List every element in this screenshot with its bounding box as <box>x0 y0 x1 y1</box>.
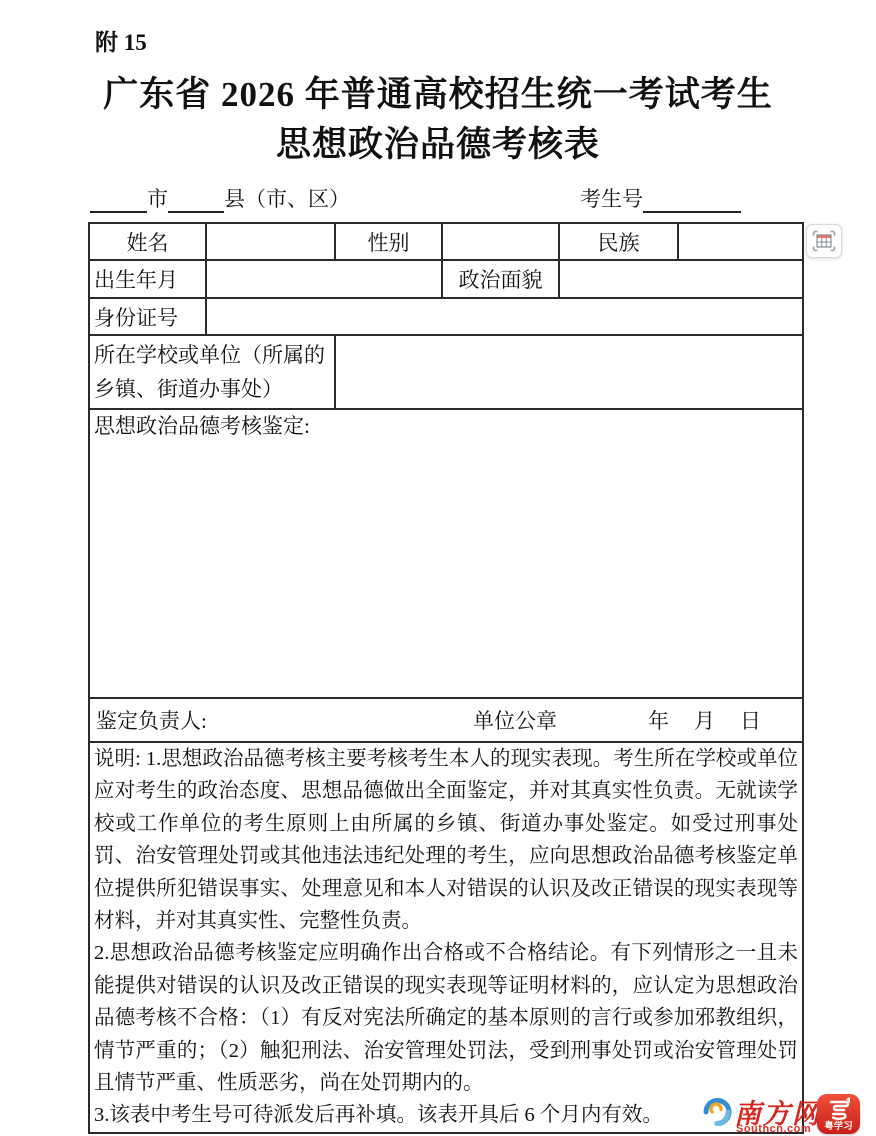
assessment-form-table: 姓名 性别 民族 出生年月 政治面貌 身份证号 所在学校或单位（所属的乡镇、街道… <box>88 222 804 1134</box>
assessment-appraisal-cell: 思想政治品德考核鉴定: <box>89 409 803 698</box>
page-title-line1: 广东省 2026 年普通高校招生统一考试考生 <box>0 70 876 120</box>
political-status-label: 政治面貌 <box>442 260 559 298</box>
gender-value-cell <box>442 223 559 260</box>
gender-label: 性别 <box>335 223 442 260</box>
page-title-line2: 思想政治品德考核表 <box>0 120 876 170</box>
yuexuexi-badge-label: 粤学习 <box>817 1118 860 1132</box>
city-county-line: 市县（市、区） <box>90 183 350 213</box>
city-blank-line <box>90 191 147 213</box>
table-row: 说明: 1.思想政治品德考核主要考核考生本人的现实表现。考生所在学校或单位应对考… <box>89 742 803 1133</box>
political-status-value-cell <box>559 260 803 298</box>
header-line: 市县（市、区） 考生号 <box>90 183 750 211</box>
southcn-logo-text-en: Southcn.com <box>736 1123 811 1135</box>
notes-paragraph-3: 3.该表中考生号可待派发后再补填。该表开具后 6 个月内有效。 <box>94 1099 798 1131</box>
candidate-no-blank-line <box>643 191 741 213</box>
table-row: 所在学校或单位（所属的乡镇、街道办事处） <box>89 335 803 409</box>
table-row: 鉴定负责人: 单位公章 年 月 日 <box>89 698 803 742</box>
ethnicity-label: 民族 <box>559 223 678 260</box>
notes-cell: 说明: 1.思想政治品德考核主要考核考生本人的现实表现。考生所在学校或单位应对考… <box>89 742 803 1133</box>
page-title: 广东省 2026 年普通高校招生统一考试考生 思想政治品德考核表 <box>0 70 876 170</box>
attachment-label: 附 15 <box>95 24 147 57</box>
name-value-cell <box>206 223 335 260</box>
county-blank-line <box>168 191 224 213</box>
birth-value-cell <box>206 260 442 298</box>
date-label: 年 月 日 <box>648 705 763 735</box>
notes-paragraph-1: 说明: 1.思想政治品德考核主要考核考生本人的现实表现。考生所在学校或单位应对考… <box>94 743 798 937</box>
unit-seal-label: 单位公章 <box>473 705 557 735</box>
id-number-value-cell <box>206 298 803 335</box>
yuexuexi-badge: 粤学习 <box>817 1094 860 1134</box>
assessment-appraisal-label: 思想政治品德考核鉴定: <box>94 414 310 438</box>
name-label: 姓名 <box>89 223 206 260</box>
school-unit-value-cell <box>335 335 803 409</box>
southcn-logo: 南方网 Southcn.com <box>700 1092 806 1136</box>
signature-row-cell: 鉴定负责人: 单位公章 年 月 日 <box>89 698 803 742</box>
southcn-swirl-icon <box>700 1095 734 1129</box>
table-row: 姓名 性别 民族 <box>89 223 803 260</box>
table-row: 身份证号 <box>89 298 803 335</box>
table-row: 思想政治品德考核鉴定: <box>89 409 803 698</box>
assessor-label: 鉴定负责人: <box>96 705 207 735</box>
city-label: 市 <box>147 187 168 211</box>
candidate-no-label: 考生号 <box>580 187 643 211</box>
county-label: 县（市、区） <box>224 187 350 211</box>
table-extract-button[interactable] <box>806 224 842 258</box>
school-unit-label: 所在学校或单位（所属的乡镇、街道办事处） <box>89 335 335 409</box>
ethnicity-value-cell <box>678 223 803 260</box>
table-extract-icon <box>812 230 836 252</box>
birth-label: 出生年月 <box>89 260 206 298</box>
candidate-no-line: 考生号 <box>580 183 741 213</box>
document-page: 附 15 广东省 2026 年普通高校招生统一考试考生 思想政治品德考核表 市县… <box>0 0 876 1136</box>
id-number-label: 身份证号 <box>89 298 206 335</box>
notes-paragraph-2: 2.思想政治品德考核鉴定应明确作出合格或不合格结论。有下列情形之一且未能提供对错… <box>94 937 798 1099</box>
table-row: 出生年月 政治面貌 <box>89 260 803 298</box>
